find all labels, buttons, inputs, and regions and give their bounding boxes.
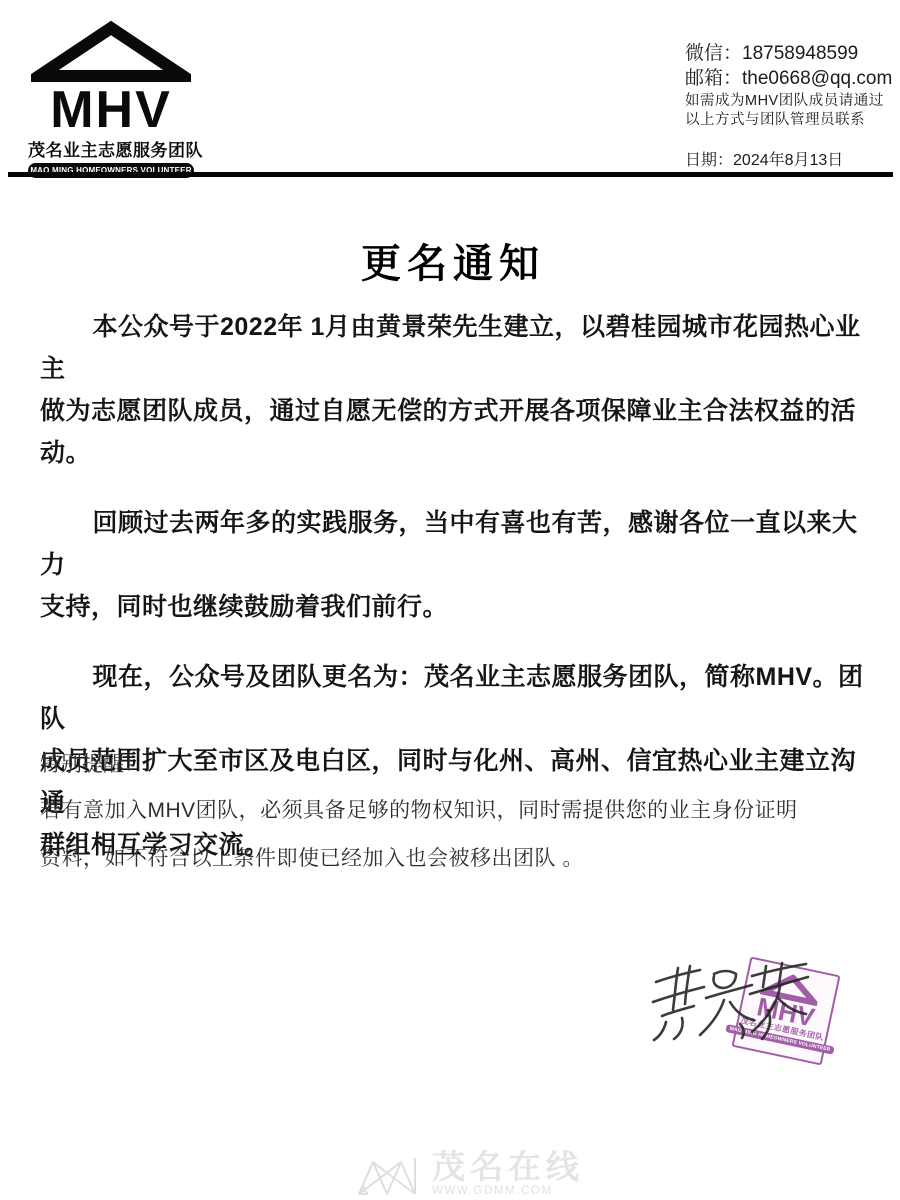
- email-label: 邮箱：: [685, 68, 742, 89]
- date-label: 日期：: [685, 152, 733, 169]
- date-line: 日期：2024年8月13日: [685, 147, 892, 170]
- header-divider: [8, 172, 893, 177]
- date-value: 2024年8月13日: [733, 152, 843, 169]
- reminder-line: 若有意加入MHV团队，必须具备足够的物权知识，同时需提供您的业主身份证明: [40, 794, 864, 824]
- roof-icon: [31, 20, 191, 84]
- logo-acronym: MHV: [28, 86, 194, 134]
- wechat-value: 18758948599: [742, 43, 858, 64]
- wechat-line: 微信：18758948599: [685, 42, 892, 65]
- contact-note-line1: 如需成为MHV团队成员请通过: [685, 92, 892, 111]
- email-value: the0668@qq.com: [742, 68, 892, 89]
- watermark-site-name: 茂名在线: [432, 1150, 584, 1184]
- reminder-lines: 若有意加入MHV团队，必须具备足够的物权知识，同时需提供您的业主身份证明资料，如…: [40, 794, 864, 872]
- watermark-site-url: WWW.GDMM.COM: [432, 1184, 584, 1198]
- page-title: 更名通知: [0, 232, 900, 289]
- logo-name-cn: 茂名业主志愿服务团队: [28, 136, 194, 161]
- contact-note-line2: 以上方式与团队管理员联系: [685, 111, 892, 130]
- site-watermark: 茂名在线 WWW.GDMM.COM: [356, 1148, 584, 1198]
- reminder-line: 资料，如不符合以上条件即使已经加入也会被移出团队 。: [40, 842, 864, 872]
- watermark-text: 茂名在线 WWW.GDMM.COM: [432, 1150, 584, 1198]
- email-line: 邮箱：the0668@qq.com: [685, 67, 892, 90]
- contact-info: 微信：18758948599 邮箱：the0668@qq.com 如需成为MHV…: [685, 42, 892, 170]
- signature: 黄景荣: [648, 960, 813, 1050]
- reminder-title: 特别提醒：: [40, 748, 864, 778]
- signature-strokes-icon: [648, 960, 813, 1045]
- special-reminder: 特别提醒： 若有意加入MHV团队，必须具备足够的物权知识，同时需提供您的业主身份…: [40, 748, 864, 890]
- paragraph: 回顾过去两年多的实践服务，当中有喜也有苦，感谢各位一直以来大力支持，同时也继续鼓…: [40, 502, 864, 628]
- wechat-label: 微信：: [685, 43, 742, 64]
- paragraph: 本公众号于2022年 1月由黄景荣先生建立，以碧桂园城市花园热心业主做为志愿团队…: [40, 306, 864, 474]
- mhv-logo: MHV 茂名业主志愿服务团队 MAO MING HOMEOWNERS VOLUN…: [28, 20, 194, 178]
- watermark-logo-icon: [356, 1148, 420, 1198]
- notice-document: MHV 茂名业主志愿服务团队 MAO MING HOMEOWNERS VOLUN…: [0, 0, 900, 1200]
